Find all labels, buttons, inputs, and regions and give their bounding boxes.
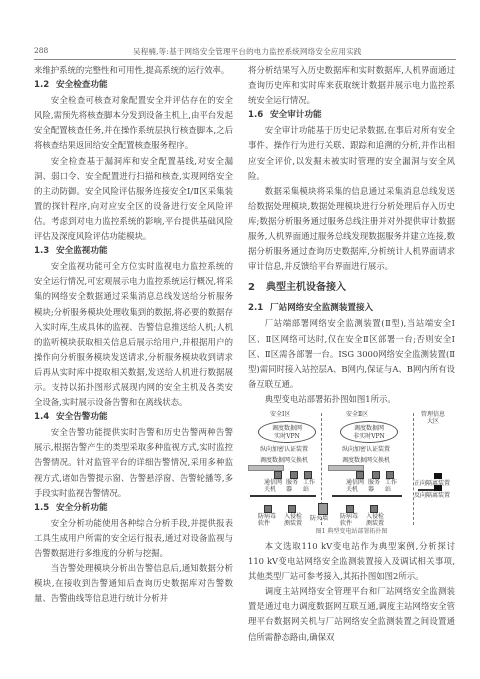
paragraph: 调度主站网络安全管理平台和厂站网络安全监测装置是通过电力调度数据网互联互通,调度…	[248, 584, 455, 644]
workstation-label: 工作站	[303, 479, 315, 493]
forward-isolation-label: 正向隔离装置	[414, 480, 450, 487]
antivirus-label: 防病毒软件	[258, 513, 276, 527]
paragraph: 安全告警功能提供实时告警和历史告警两种告警展示,根据告警产生的类型采取多种监视方…	[34, 425, 233, 500]
firewall-icon	[318, 503, 328, 515]
paragraph: 将分析结果写入历史数据库和实时数据库,人机界面通过查询历史库和实时库来获取统计数…	[248, 63, 455, 108]
encryption-device-label: 纵向加密认证装置	[260, 446, 308, 453]
section-heading-1-2: 1.2安全检查功能	[34, 78, 233, 93]
reverse-isolation-label: 反向隔离装置	[414, 492, 450, 499]
paragraph: 数据采集模块将采集的信息通过采集消息总线发送给数据处理模块,数据处理模块进行分析…	[248, 184, 455, 275]
running-title: 吴程楠,等:基于网络安全管理平台的电力监控系统网络安全应用实践	[133, 46, 362, 57]
server-icon	[290, 471, 298, 479]
paragraph: 安全监视功能可全方位实时监视电力监控系统的安全运行情况,可宏观展示电力监控系统运…	[34, 259, 233, 410]
left-column: 来维护系统的完整性和可用性,提高系统的运行效率。 1.2安全检查功能 安全检查可…	[34, 63, 233, 606]
server-label: 服务器	[368, 479, 380, 493]
section-heading-2-1: 2.1厂站网络安全监测装置接入	[248, 301, 455, 316]
zone-divider	[413, 413, 414, 525]
header-rule	[34, 59, 456, 60]
figure-topology: 安全Ⅰ区 安全Ⅱ区 管理信息大区 调度数据网实时VPN 调度数据网非实时VPN …	[248, 409, 455, 527]
server-label: 服务器	[286, 479, 298, 493]
switch-label: 调度数据网交换机	[342, 457, 390, 464]
running-header: 288 吴程楠,等:基于网络安全管理平台的电力监控系统网络安全应用实践	[34, 46, 456, 60]
firewall-label: 防火墙	[310, 515, 328, 522]
switch-label: 调度数据网交换机	[260, 457, 308, 464]
section-heading-1-5: 1.5安全分析功能	[34, 501, 233, 516]
zone-label: 安全Ⅰ区	[270, 411, 290, 418]
gateway-label: 通信网关机	[346, 479, 364, 493]
ids-icon	[370, 505, 378, 513]
forward-isolation-icon	[434, 473, 442, 479]
server-icon	[372, 471, 380, 479]
network-bus	[332, 495, 402, 497]
antivirus-label: 防病毒软件	[340, 513, 358, 527]
antivirus-icon	[264, 505, 272, 513]
ids-icon	[288, 505, 296, 513]
ids-label: 入侵检测装置	[284, 513, 302, 527]
section-heading-2: 2典型主机设备接入	[248, 280, 455, 295]
paragraph: 安全分析功能使用各种综合分析手段,并提供报表工具生成用户所需的安全运行报表,通过…	[34, 516, 233, 561]
paragraph: 典型变电站部署拓扑图如图1所示。	[248, 392, 455, 407]
gateway-label: 通信网关机	[264, 479, 282, 493]
section-heading-1-6: 1.6安全审计功能	[248, 108, 455, 123]
workstation-label: 工作站	[385, 479, 397, 493]
paragraph: 厂站端部署网络安全监测装置(Ⅱ型),当站端安全Ⅰ区、Ⅱ区网络可达时,仅在安全Ⅱ区…	[248, 316, 455, 391]
zone-label: 安全Ⅱ区	[346, 411, 368, 418]
vpn-cloud-realtime: 调度数据网实时VPN	[258, 421, 316, 443]
encryption-device-label: 纵向加密认证装置	[342, 446, 390, 453]
vpn-cloud-nonrealtime: 调度数据网非实时VPN	[340, 421, 398, 443]
paragraph: 安全检查基于漏洞库和安全配置基线,对安全漏洞、弱口令、安全配置进行扫描和核查,实…	[34, 154, 233, 245]
paragraph: 当告警处理模块分析出告警信息后,通知数据分析模块,在接收到告警通知后查询历史数据…	[34, 561, 233, 606]
workstation-icon	[304, 471, 312, 479]
paragraph: 安全检查可核查对象配置安全并评估存在的安全风险,需预先将核查脚本分发到设备主机上…	[34, 93, 233, 153]
antivirus-icon	[346, 505, 354, 513]
zone-label: 管理信息大区	[420, 411, 446, 425]
paragraph: 安全审计功能基于历史记录数据,在事后对所有安全事件、操作行为进行关联、跟踪和追溯…	[248, 123, 455, 183]
paragraph: 来维护系统的完整性和可用性,提高系统的运行效率。	[34, 63, 233, 78]
section-heading-1-4: 1.4安全告警功能	[34, 410, 233, 425]
network-bus	[418, 489, 434, 491]
figure-caption: 图1 典型变电站部署拓扑图	[248, 527, 455, 537]
right-column: 将分析结果写入历史数据库和实时数据库,人机界面通过查询历史库和实时库来获取统计数…	[248, 63, 455, 645]
workstation-icon	[386, 471, 394, 479]
paragraph: 本文选取110 kV变电站作为典型案例,分析探讨110 kV变电站网络安全监测装…	[248, 539, 455, 584]
section-heading-1-3: 1.3安全监视功能	[34, 244, 233, 259]
ids-label: 入侵检测装置	[366, 513, 384, 527]
gateway-icon	[274, 471, 282, 479]
network-bus	[250, 495, 316, 497]
gateway-icon	[356, 471, 364, 479]
page-number: 288	[34, 46, 48, 55]
